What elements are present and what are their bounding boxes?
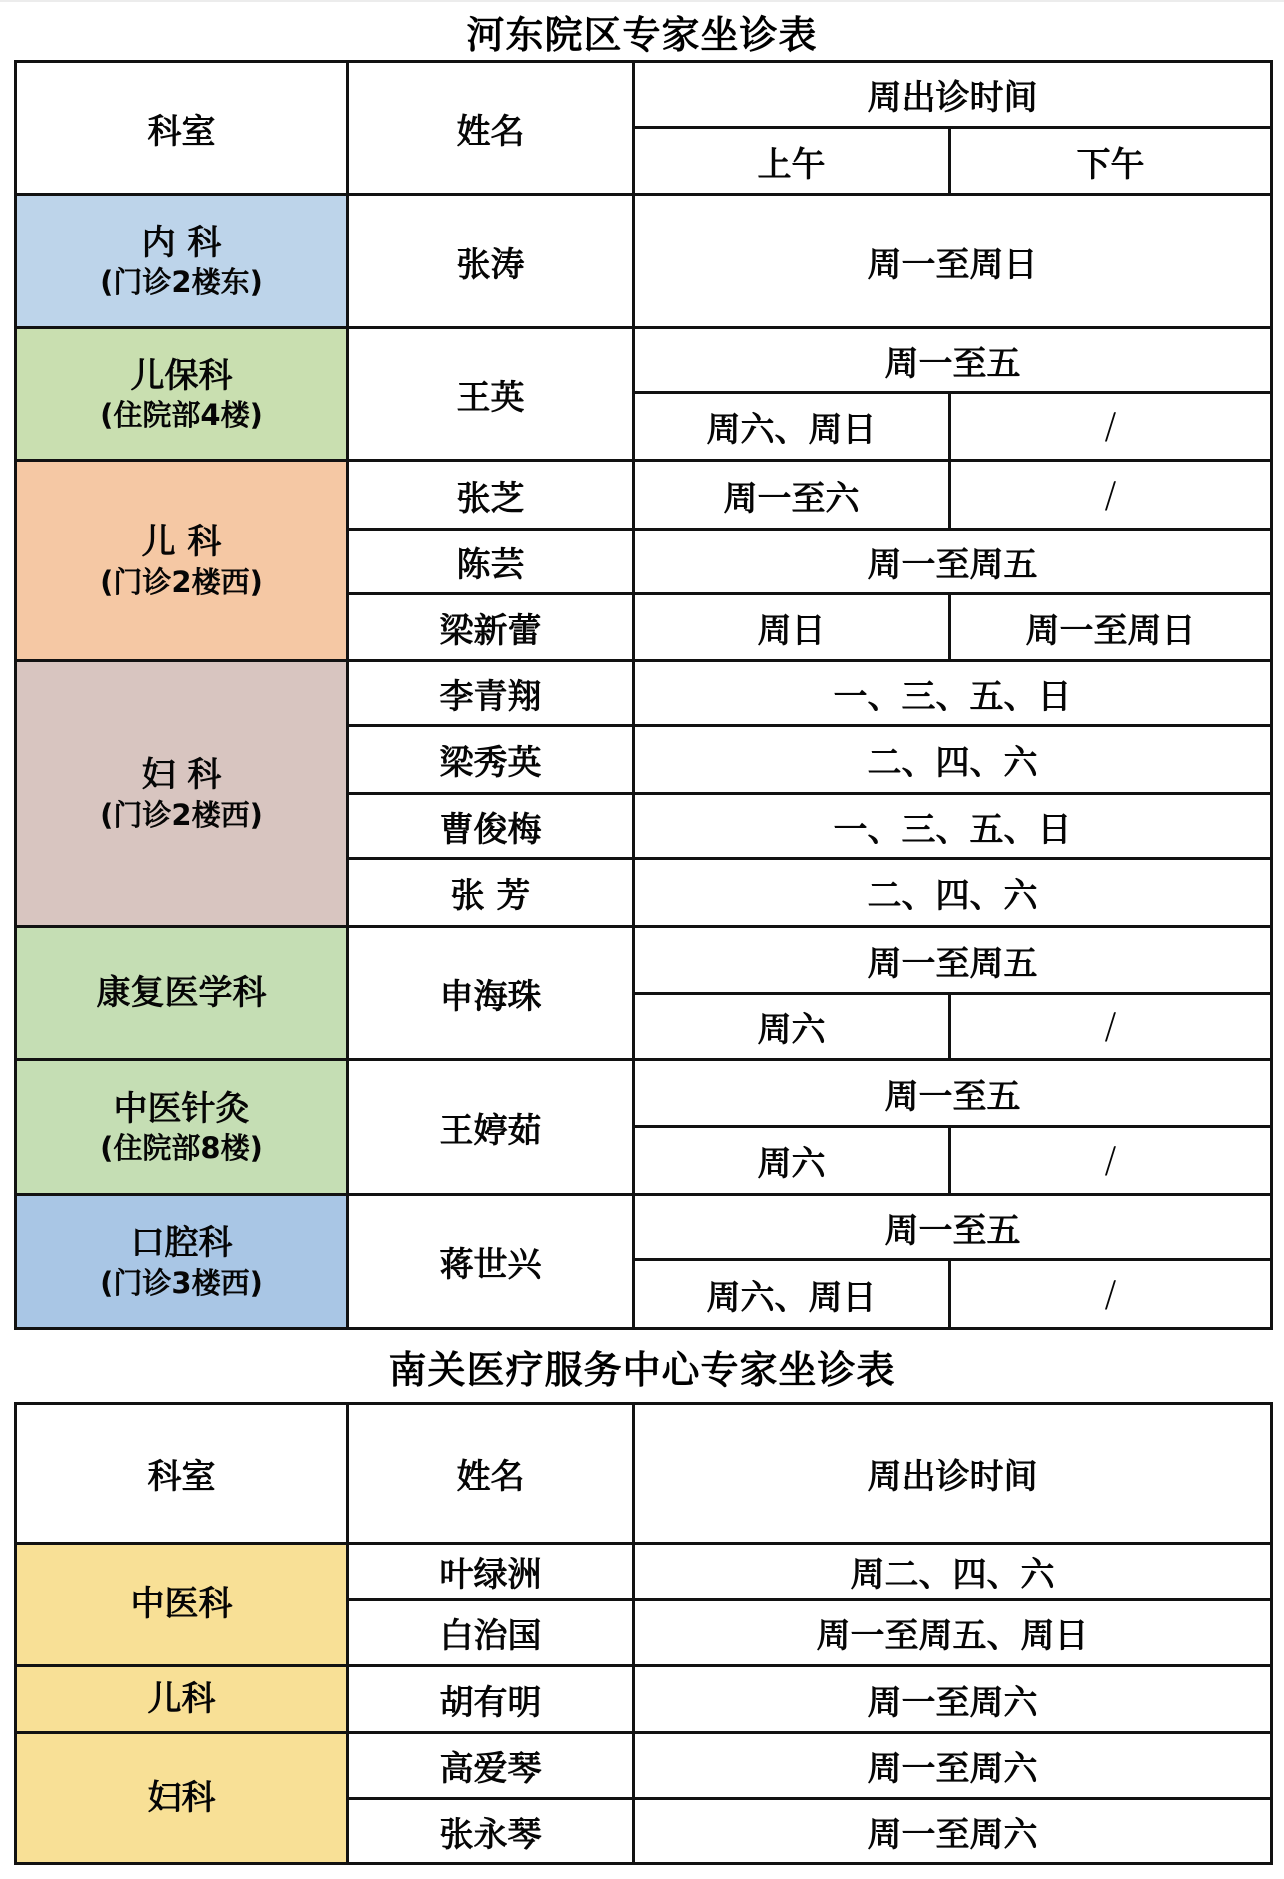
- dept-location: (门诊2楼东): [17, 264, 346, 300]
- doctor-name-cell: 张涛: [348, 195, 634, 328]
- schedule-cell: 一、三、五、日: [634, 794, 1272, 859]
- dept-cell-kangfu: 康复医学科: [16, 927, 348, 1060]
- dept-cell-zhongyike: 中医科: [16, 1544, 348, 1666]
- dept-name: 妇 科: [17, 754, 346, 797]
- schedule-am-cell: 周六、周日: [634, 1260, 950, 1329]
- doctor-name-cell: 叶绿洲: [348, 1544, 634, 1600]
- dept-name: 口腔科: [17, 1222, 346, 1265]
- header-name: 姓名: [348, 62, 634, 195]
- schedule-page: 河东院区专家坐诊表 科室 姓名 周出诊时间 上午 下午 内 科 (门诊2楼东) …: [0, 2, 1284, 1879]
- schedule-cell: 周二、四、六: [634, 1544, 1272, 1600]
- doctor-name-cell: 陈芸: [348, 530, 634, 594]
- doctor-name-cell: 王英: [348, 328, 634, 461]
- doctor-name-cell: 胡有明: [348, 1666, 634, 1733]
- schedule-pm-cell-empty: /: [950, 393, 1272, 461]
- schedule-am-cell: 周六: [634, 994, 950, 1060]
- dept-name: 儿保科: [17, 355, 346, 398]
- dept-name: 儿科: [17, 1678, 346, 1721]
- doctor-name-cell: 李青翔: [348, 661, 634, 726]
- dept-cell-fuke2: 妇科: [16, 1733, 348, 1864]
- dept-location: (住院部8楼): [17, 1130, 346, 1166]
- doctor-name-cell: 曹俊梅: [348, 794, 634, 859]
- schedule-am-cell: 周六: [634, 1127, 950, 1195]
- doctor-name-cell: 梁新蕾: [348, 594, 634, 661]
- schedule-cell: 周一至五: [634, 328, 1272, 393]
- schedule-cell: 周一至周五、周日: [634, 1600, 1272, 1666]
- schedule-pm-cell: 周一至周日: [950, 594, 1272, 661]
- dept-cell-kouqiang: 口腔科 (门诊3楼西): [16, 1195, 348, 1329]
- schedule-pm-cell-empty: /: [950, 1127, 1272, 1195]
- dept-name: 儿 科: [17, 521, 346, 564]
- schedule-cell: 周一至五: [634, 1060, 1272, 1127]
- schedule-cell: 周一至周五: [634, 927, 1272, 994]
- header-afternoon: 下午: [950, 128, 1272, 195]
- schedule-cell: 周一至周五: [634, 530, 1272, 594]
- doctor-name-cell: 蒋世兴: [348, 1195, 634, 1329]
- schedule-am-cell: 周日: [634, 594, 950, 661]
- schedule-cell: 周一至五: [634, 1195, 1272, 1260]
- dept-cell-fuke: 妇 科 (门诊2楼西): [16, 661, 348, 927]
- header-week-time: 周出诊时间: [634, 62, 1272, 128]
- dept-location: (住院部4楼): [17, 397, 346, 433]
- nanguan-table-title: 南关医疗服务中心专家坐诊表: [14, 1330, 1270, 1402]
- schedule-cell: 二、四、六: [634, 726, 1272, 794]
- dept-location: (门诊2楼西): [17, 797, 346, 833]
- header-dept: 科室: [16, 62, 348, 195]
- schedule-pm-cell-empty: /: [950, 1260, 1272, 1329]
- schedule-cell: 周一至周日: [634, 195, 1272, 328]
- hedong-table-title: 河东院区专家坐诊表: [14, 2, 1270, 60]
- doctor-name-cell: 白治国: [348, 1600, 634, 1666]
- schedule-cell: 一、三、五、日: [634, 661, 1272, 726]
- doctor-name-cell: 王婷茹: [348, 1060, 634, 1195]
- dept-name: 中医科: [17, 1583, 346, 1626]
- header-week-time: 周出诊时间: [634, 1404, 1272, 1544]
- dept-location: (门诊2楼西): [17, 564, 346, 600]
- dept-name: 内 科: [17, 222, 346, 265]
- doctor-name-cell: 张 芳: [348, 859, 634, 927]
- dept-cell-neike: 内 科 (门诊2楼东): [16, 195, 348, 328]
- dept-name: 妇科: [17, 1777, 346, 1820]
- schedule-pm-cell-empty: /: [950, 994, 1272, 1060]
- doctor-name-cell: 梁秀英: [348, 726, 634, 794]
- doctor-name-cell: 张芝: [348, 461, 634, 530]
- dept-cell-zhenjiu: 中医针灸 (住院部8楼): [16, 1060, 348, 1195]
- doctor-name-cell: 高爱琴: [348, 1733, 634, 1799]
- nanguan-schedule-table: 科室 姓名 周出诊时间 中医科 叶绿洲 周二、四、六 白治国 周一至周五、周日 …: [14, 1402, 1273, 1865]
- dept-location: (门诊3楼西): [17, 1265, 346, 1301]
- schedule-cell: 周一至周六: [634, 1733, 1272, 1799]
- doctor-name-cell: 申海珠: [348, 927, 634, 1060]
- schedule-cell: 二、四、六: [634, 859, 1272, 927]
- hedong-schedule-table: 科室 姓名 周出诊时间 上午 下午 内 科 (门诊2楼东) 张涛 周一至周日: [14, 60, 1273, 1330]
- dept-cell-erke2: 儿科: [16, 1666, 348, 1733]
- schedule-pm-cell-empty: /: [950, 461, 1272, 530]
- dept-name: 中医针灸: [17, 1088, 346, 1131]
- schedule-cell: 周一至周六: [634, 1666, 1272, 1733]
- header-name: 姓名: [348, 1404, 634, 1544]
- schedule-am-cell: 周六、周日: [634, 393, 950, 461]
- header-morning: 上午: [634, 128, 950, 195]
- dept-cell-erke: 儿 科 (门诊2楼西): [16, 461, 348, 661]
- schedule-cell: 周一至周六: [634, 1799, 1272, 1864]
- header-dept: 科室: [16, 1404, 348, 1544]
- doctor-name-cell: 张永琴: [348, 1799, 634, 1864]
- schedule-am-cell: 周一至六: [634, 461, 950, 530]
- dept-name: 康复医学科: [17, 972, 346, 1015]
- dept-cell-erbaoke: 儿保科 (住院部4楼): [16, 328, 348, 461]
